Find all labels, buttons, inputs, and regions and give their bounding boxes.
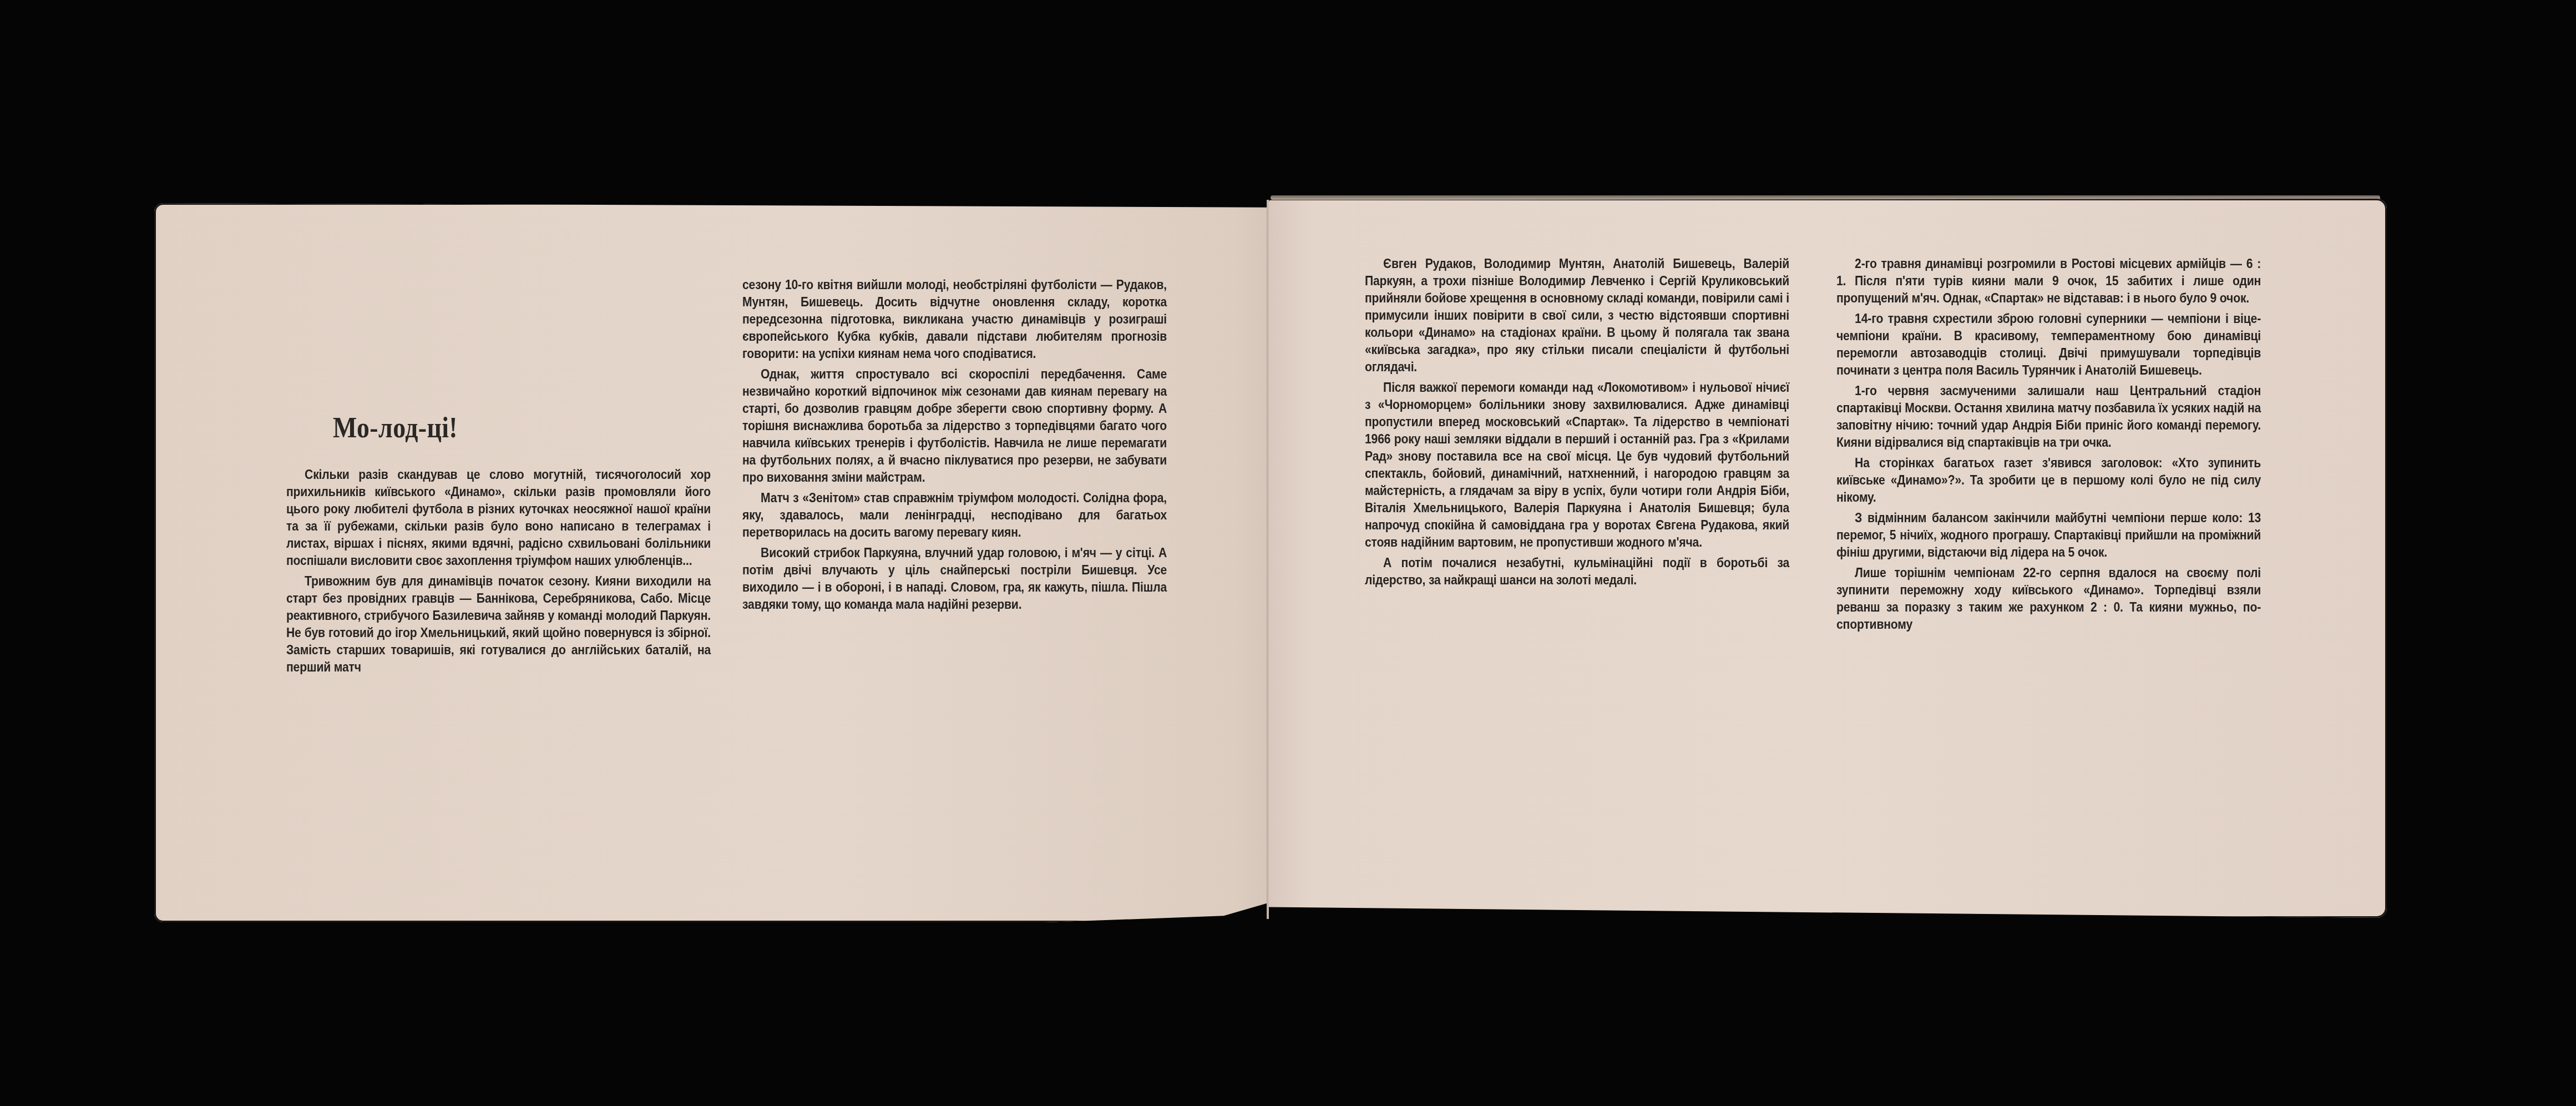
paragraph: Євген Рудаков, Володимир Мунтян, Анатолі… [1365,255,1789,376]
paragraph: 14-го травня схрестили зброю головні суп… [1836,310,2261,379]
left-page-column-1: Скільки разів скандував це слово могутні… [286,466,713,679]
paragraph: Скільки разів скандував це слово могутні… [286,466,711,569]
paragraph: На сторінках багатьох газет з'явився заг… [1836,454,2261,506]
right-page-column-1: Євген Рудаков, Володимир Мунтян, Анатолі… [1365,255,1792,592]
paragraph: А потім почалися незабутні, кульмінаційн… [1365,554,1789,589]
paragraph: Тривожним був для динамівців початок сез… [286,573,711,676]
paragraph: Однак, життя спростувало всі скороспілі … [742,366,1167,486]
paragraph: 2-го травня динамівці розгромили в Росто… [1836,255,2261,307]
paragraph-continued: сезону 10-го квітня вийшли молоді, необс… [742,276,1167,362]
paragraph: З відмінним балансом закінчили майбутні … [1836,509,2261,561]
left-page-column-2: сезону 10-го квітня вийшли молоді, необс… [742,276,1170,617]
paragraph: Матч з «Зенітом» став справжнім тріумфом… [742,489,1167,541]
right-page-column-2: 2-го травня динамівці розгромили в Росто… [1836,255,2264,637]
paragraph: 1-го червня засмученими залишали наш Цен… [1836,382,2261,451]
book-spine [1267,200,1269,919]
paragraph: Лише торішнім чемпіонам 22-го серпня вда… [1836,564,2261,633]
paragraph: Після важкої перемоги команди над «Локом… [1365,379,1789,551]
paragraph: Високий стрибок Паркуяна, влучний удар г… [742,544,1167,613]
article-heading: Мо-лод-ці! [333,412,458,445]
